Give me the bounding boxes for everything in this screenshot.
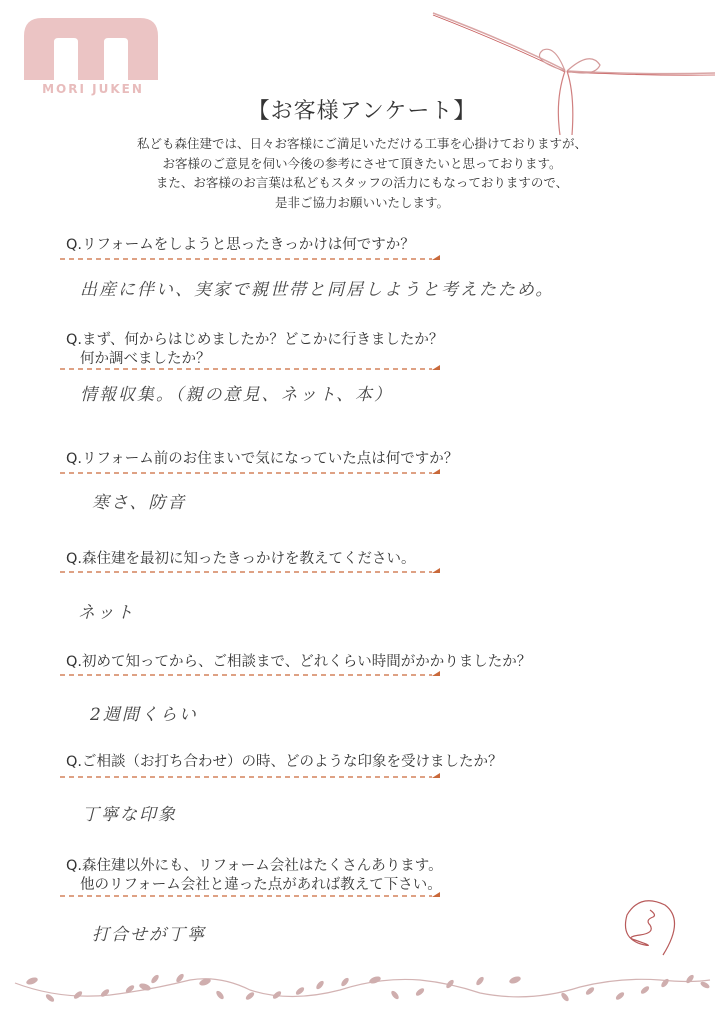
question-label: Q.まず、何からはじめましたか？どこかに行きましたか？	[66, 332, 443, 348]
question-1: Q.リフォームをしようと思ったきっかけは何ですか？	[66, 236, 415, 255]
question-7: Q.森住建以外にも、リフォーム会社はたくさんあります。 他のリフォーム会社と違っ…	[66, 857, 443, 895]
answer-3: 寒さ、防音	[92, 488, 186, 513]
logo-m-icon	[24, 18, 158, 80]
question-6: Q.ご相談（お打ち合わせ）の時、どのような印象を受けましたか？	[66, 753, 503, 772]
dashed-divider	[60, 255, 442, 261]
dashed-divider	[60, 671, 442, 677]
question-3: Q.リフォーム前のお住まいで気になっていた点は何ですか？	[66, 450, 458, 469]
dashed-divider	[60, 365, 442, 371]
answer-4: ネット	[78, 598, 135, 623]
answer-5: 2週間くらい	[90, 700, 198, 725]
question-label: Q.リフォームをしようと思ったきっかけは何ですか？	[66, 237, 415, 253]
answer-7: 打合せが丁寧	[92, 920, 206, 945]
intro-line: 是非ご協力お願いいたします。	[0, 193, 724, 213]
intro-text: 私ども森住建では、日々お客様にご満足いただける工事を心掛けておりますが、 お客様…	[0, 134, 724, 212]
question-label: Q.森住建以外にも、リフォーム会社はたくさんあります。	[66, 858, 443, 874]
question-label: Q.初めて知ってから、ご相談まで、どれくらい時間がかかりましたか？	[66, 654, 531, 670]
question-4: Q.森住建を最初に知ったきっかけを教えてください。	[66, 550, 416, 569]
dashed-divider	[60, 568, 442, 574]
dashed-divider	[60, 469, 442, 475]
signature-icon	[615, 895, 685, 965]
page-title: 【お客様アンケート】	[0, 94, 724, 125]
question-label: Q.ご相談（お打ち合わせ）の時、どのような印象を受けましたか？	[66, 754, 503, 770]
intro-line: また、お客様のお言葉は私どもスタッフの活力にもなっておりますので、	[0, 173, 724, 193]
answer-2: 情報収集。（親の意見、ネット、本）	[80, 380, 393, 405]
vine-border-icon	[0, 965, 724, 1005]
question-label: Q.森住建を最初に知ったきっかけを教えてください。	[66, 551, 416, 567]
question-label: Q.リフォーム前のお住まいで気になっていた点は何ですか？	[66, 451, 458, 467]
question-5: Q.初めて知ってから、ご相談まで、どれくらい時間がかかりましたか？	[66, 653, 531, 672]
answer-6: 丁寧な印象	[82, 800, 177, 825]
dashed-divider	[60, 892, 442, 898]
intro-line: 私ども森住建では、日々お客様にご満足いただける工事を心掛けておりますが、	[0, 134, 724, 154]
mori-juken-logo: MORI JUKEN	[24, 18, 158, 94]
intro-line: お客様のご意見を伺い今後の参考にさせて頂きたいと思っております。	[0, 154, 724, 174]
dashed-divider	[60, 773, 442, 779]
question-2: Q.まず、何からはじめましたか？どこかに行きましたか？ 何か調べましたか？	[66, 331, 443, 369]
answer-1: 出産に伴い、実家で親世帯と同居しようと考えたため。	[80, 275, 554, 300]
